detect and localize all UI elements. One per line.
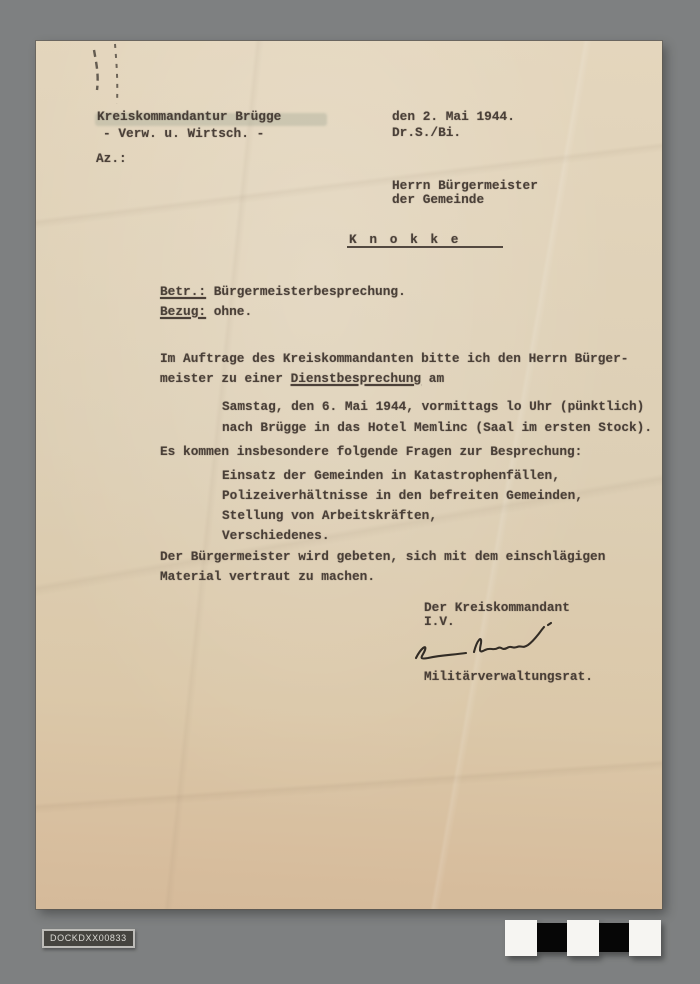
scale-segment-black — [537, 923, 567, 952]
subject-label: Betr.: — [160, 284, 206, 299]
scale-bar — [505, 919, 661, 956]
closing-line2: Material vertraut zu machen. — [160, 567, 375, 587]
recipient-line2: der Gemeinde — [392, 193, 484, 207]
recipient-line1: Herrn Bürgermeister — [392, 179, 538, 193]
para1-line2-underlined: Dienstbesprechung — [291, 371, 422, 386]
topic-item: Polizeiverhältnisse in den befreiten Gem… — [222, 486, 583, 506]
scale-segment-white — [629, 920, 661, 956]
handwritten-signature — [408, 618, 573, 670]
topic-item: Stellung von Arbeitskräften, — [222, 506, 437, 526]
scale-segment-white — [505, 920, 537, 956]
reference-line: Bezug: ohne. — [160, 303, 252, 320]
closing-line1: Der Bürgermeister wird gebeten, sich mit… — [160, 547, 605, 567]
body-para1-line2: meister zu einer Dienstbesprechung am — [160, 369, 444, 389]
ref-line: Dr.S./Bi. — [392, 124, 461, 141]
topic-item: Einsatz der Gemeinden in Katastrophenfäl… — [222, 466, 560, 486]
reference-text: ohne. — [206, 304, 252, 319]
ink-marks — [82, 42, 154, 110]
subject-line: Betr.: Bürgermeisterbesprechung. — [160, 283, 406, 300]
reference-label: Bezug: — [160, 304, 206, 319]
sender-line1: Kreiskommandantur Brügge — [97, 108, 281, 125]
meeting-line1: Samstag, den 6. Mai 1944, vormittags lo … — [222, 396, 644, 417]
place-underline — [347, 246, 503, 248]
topic-item: Verschiedenes. — [222, 526, 330, 546]
signature-role: Der Kreiskommandant — [424, 601, 570, 615]
archive-label: DOCKDXX00833 — [42, 929, 135, 948]
file-ref-label: Az.: — [96, 150, 127, 167]
para1-line2-post: am — [421, 371, 444, 386]
body-para1-line1: Im Auftrage des Kreiskommandanten bitte … — [160, 349, 628, 369]
topics-intro: Es kommen insbesondere folgende Fragen z… — [160, 442, 582, 462]
scale-segment-white — [567, 920, 599, 956]
signature-title: Militärverwaltungsrat. — [424, 670, 593, 684]
para1-line2-pre: meister zu einer — [160, 371, 291, 386]
photo-stage: Kreiskommandantur Brügge - Verw. u. Wirt… — [0, 0, 700, 984]
date-line: den 2. Mai 1944. — [392, 108, 515, 125]
subject-text: Bürgermeisterbesprechung. — [206, 284, 406, 299]
meeting-line2: nach Brügge in das Hotel Memlinc (Saal i… — [222, 417, 652, 438]
scale-segment-black — [599, 923, 629, 952]
letter-page: Kreiskommandantur Brügge - Verw. u. Wirt… — [36, 41, 662, 909]
sender-line2: - Verw. u. Wirtsch. - — [103, 125, 264, 142]
